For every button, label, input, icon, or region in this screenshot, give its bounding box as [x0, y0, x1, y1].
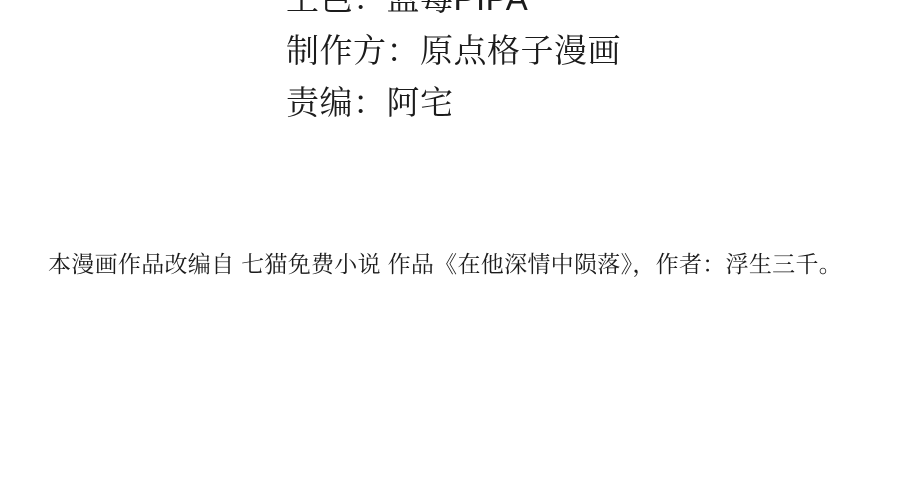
- comic-credits-page: 上色：蓝莓PIPA 制作方：原点格子漫画 责编：阿宅 本漫画作品改编自 七猫免费…: [0, 0, 900, 500]
- credits-block: 上色：蓝莓PIPA 制作方：原点格子漫画 责编：阿宅: [286, 0, 621, 138]
- credit-line-colorist: 上色：蓝莓PIPA: [286, 0, 621, 34]
- credit-line-production: 制作方：原点格子漫画: [286, 34, 621, 86]
- adaptation-notice: 本漫画作品改编自 七猫免费小说 作品《在他深情中陨落》，作者：浮生三千。: [48, 250, 842, 278]
- credit-line-editor: 责编：阿宅: [286, 86, 621, 138]
